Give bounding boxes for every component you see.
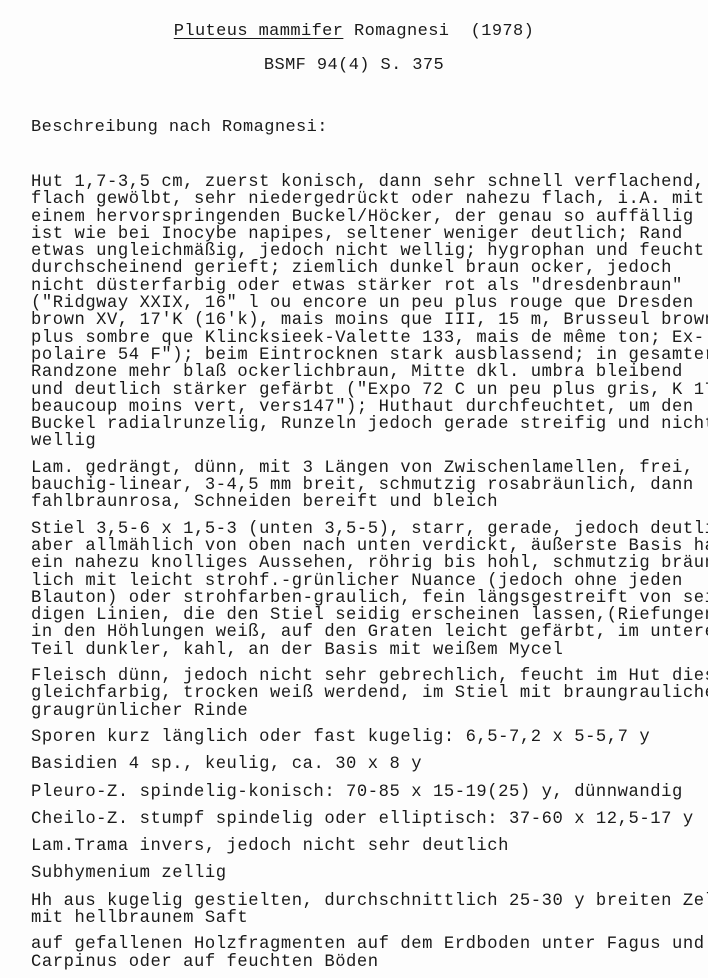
text-line: Blauton) oder strohfarben-graulich, fein… [31, 590, 701, 607]
text-line: einem hervorspringenden Buckel/Höcker, d… [31, 209, 701, 226]
text-line: polaire 54 F"); beim Eintrocknen stark a… [31, 347, 701, 364]
text-line: Basidien 4 sp., keulig, ca. 30 x 8 y [31, 756, 701, 773]
text-line: graugrünlicher Rinde [31, 703, 701, 720]
paragraph-stiel: Stiel 3,5-6 x 1,5-3 (unten 3,5-5), starr… [31, 521, 701, 659]
text-line: mit hellbraunem Saft [31, 910, 701, 927]
literature-reference: BSMF 94(4) S. 375 [0, 56, 708, 75]
text-line: auf gefallenen Holzfragmenten auf dem Er… [31, 936, 701, 953]
text-line: Lam.Trama invers, jedoch nicht sehr deut… [31, 838, 701, 855]
text-line: bauchig-linear, 3-4,5 mm breit, schmutzi… [31, 477, 701, 494]
text-line: etwas ungleichmäßig, jedoch nicht wellig… [31, 243, 701, 260]
text-line: und deutlich stärker gefärbt ("Expo 72 C… [31, 382, 701, 399]
text-line: Buckel radialrunzelig, Runzeln jedoch ge… [31, 416, 701, 433]
text-line: flach gewölbt, sehr niedergedrückt oder … [31, 191, 701, 208]
text-line: Fleisch dünn, jedoch nicht sehr gebrechl… [31, 668, 701, 685]
text-line: Cheilo-Z. stumpf spindelig oder elliptis… [31, 811, 701, 828]
text-line: lich mit leicht strohf.-grünlicher Nuanc… [31, 573, 701, 590]
text-line: beaucoup moins vert, vers147"); Huthaut … [31, 399, 701, 416]
author-year: Romagnesi (1978) [343, 22, 534, 41]
text-line: plus sombre que Klincksieek-Valette 133,… [31, 330, 701, 347]
document-title: Pluteus mammifer Romagnesi (1978) [0, 22, 708, 41]
text-line: Pleuro-Z. spindelig-konisch: 70-85 x 15-… [31, 784, 701, 801]
text-line: Hut 1,7-3,5 cm, zuerst konisch, dann seh… [31, 174, 701, 191]
paragraph-huthaut: Hh aus kugelig gestielten, durchschnittl… [31, 893, 701, 928]
text-line: ("Ridgway XXIX, 16" l ou encore un peu p… [31, 295, 701, 312]
text-line: brown XV, 17'K (16'k), mais moins que II… [31, 312, 701, 329]
text-line: ein nahezu knolliges Aussehen, röhrig bi… [31, 555, 701, 572]
paragraph-basidien: Basidien 4 sp., keulig, ca. 30 x 8 y [31, 756, 701, 773]
description-body: Hut 1,7-3,5 cm, zuerst konisch, dann seh… [31, 174, 701, 978]
text-line: fahlbraunrosa, Schneiden bereift und ble… [31, 494, 701, 511]
paragraph-hut: Hut 1,7-3,5 cm, zuerst konisch, dann seh… [31, 174, 701, 451]
paragraph-standort: auf gefallenen Holzfragmenten auf dem Er… [31, 936, 701, 971]
paragraph-lamellentrama: Lam.Trama invers, jedoch nicht sehr deut… [31, 838, 701, 855]
text-line: Teil dunkler, kahl, an der Basis mit wei… [31, 642, 701, 659]
text-line: Randzone mehr blaß ockerlichbraun, Mitte… [31, 364, 701, 381]
paragraph-pleurozystiden: Pleuro-Z. spindelig-konisch: 70-85 x 15-… [31, 784, 701, 801]
text-line: gleichfarbig, trocken weiß werdend, im S… [31, 685, 701, 702]
text-line: Lam. gedrängt, dünn, mit 3 Längen von Zw… [31, 460, 701, 477]
species-name: Pluteus mammifer [174, 22, 344, 41]
text-line: Carpinus oder auf feuchten Böden [31, 954, 701, 971]
intro-heading: Beschreibung nach Romagnesi: [31, 118, 328, 137]
text-line: ist wie bei Inocybe napipes, seltener we… [31, 226, 701, 243]
text-line: in den Höhlungen weiß, auf den Graten le… [31, 624, 701, 641]
text-line: durchscheinend gerieft; ziemlich dunkel … [31, 260, 701, 277]
text-line: Hh aus kugelig gestielten, durchschnittl… [31, 893, 701, 910]
text-line: nicht düsterfarbig oder etwas stärker ro… [31, 278, 701, 295]
paragraph-subhymenium: Subhymenium zellig [31, 865, 701, 882]
paragraph-fleisch: Fleisch dünn, jedoch nicht sehr gebrechl… [31, 668, 701, 720]
document-page: Pluteus mammifer Romagnesi (1978) BSMF 9… [0, 0, 708, 978]
paragraph-cheilozystiden: Cheilo-Z. stumpf spindelig oder elliptis… [31, 811, 701, 828]
paragraph-sporen: Sporen kurz länglich oder fast kugelig: … [31, 729, 701, 746]
text-line: Sporen kurz länglich oder fast kugelig: … [31, 729, 701, 746]
paragraph-lamellen: Lam. gedrängt, dünn, mit 3 Längen von Zw… [31, 460, 701, 512]
text-line: wellig [31, 433, 701, 450]
text-line: aber allmählich von oben nach unten verd… [31, 538, 701, 555]
text-line: digen Linien, die den Stiel seidig ersch… [31, 607, 701, 624]
text-line: Subhymenium zellig [31, 865, 701, 882]
text-line: Stiel 3,5-6 x 1,5-3 (unten 3,5-5), starr… [31, 521, 701, 538]
